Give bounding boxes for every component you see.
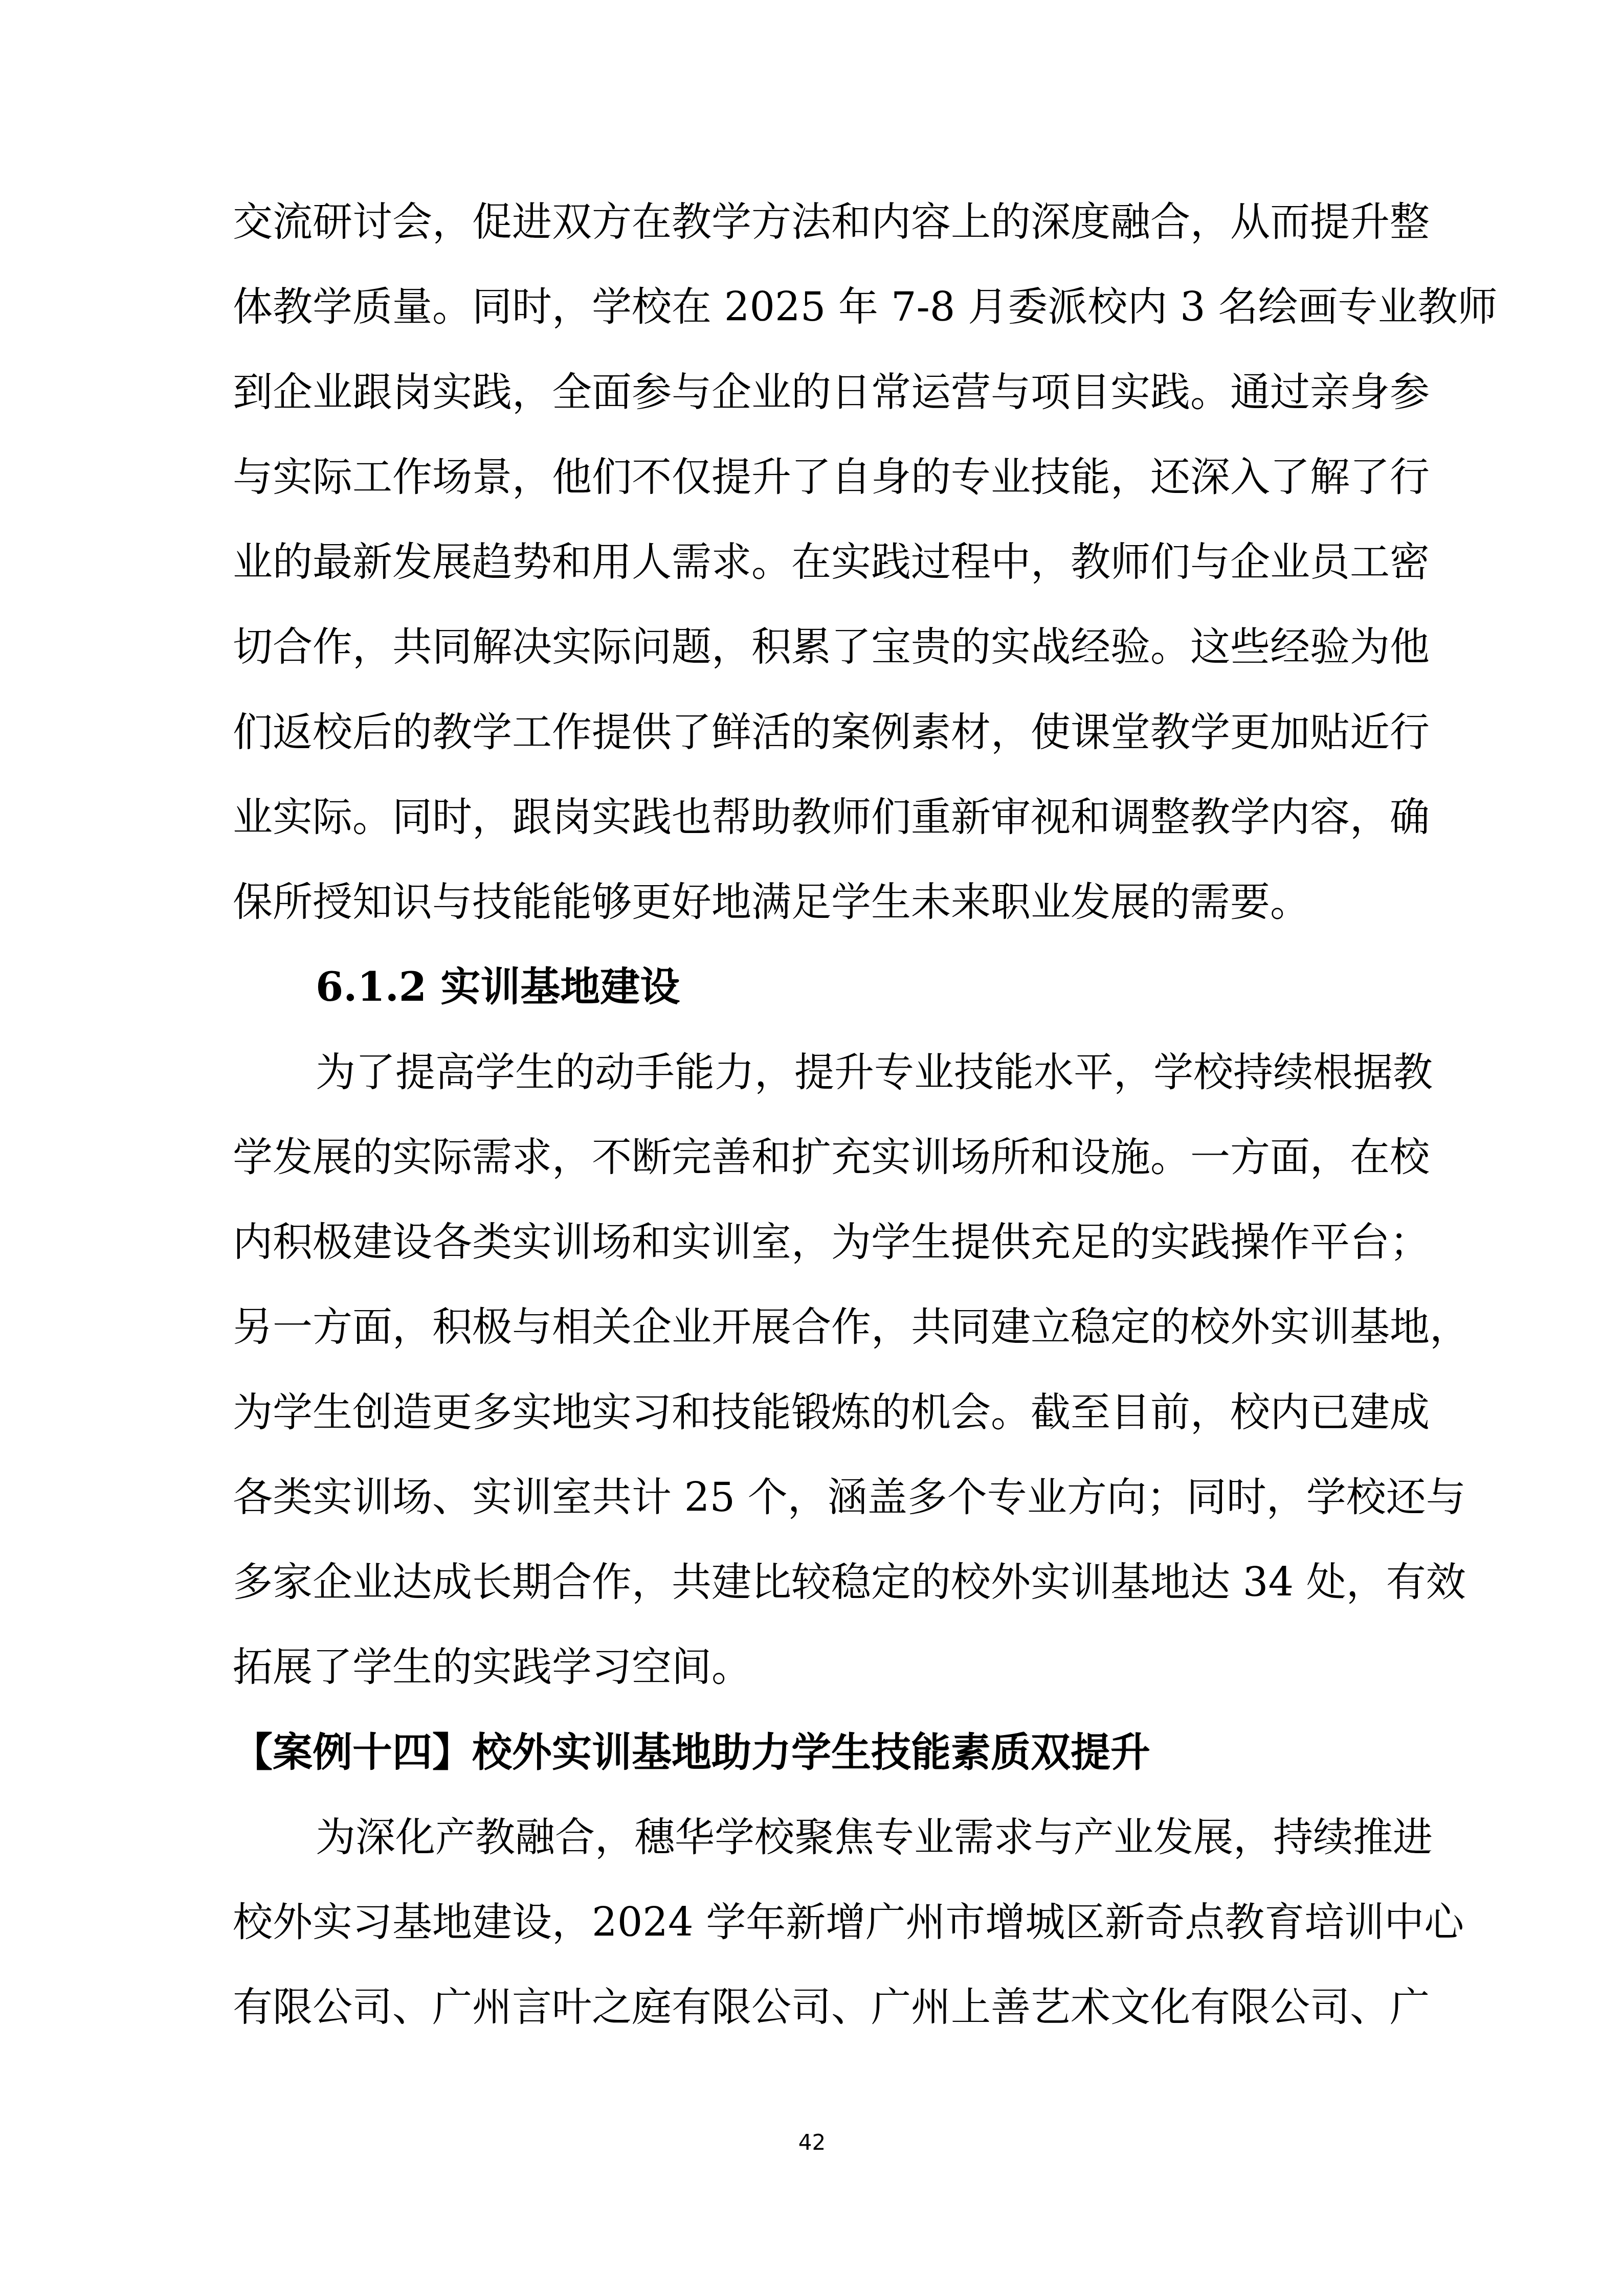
paragraph-line: 为学生创造更多实地实习和技能锻炼的机会。截至目前，校内已建成 bbox=[233, 1387, 1394, 1438]
paragraph-line: 业的最新发展趋势和用人需求。在实践过程中，教师们与企业员工密 bbox=[233, 537, 1394, 588]
paragraph-line: 到企业跟岗实践，全面参与企业的日常运营与项目实践。通过亲身参 bbox=[233, 367, 1394, 418]
paragraph-line: 业实际。同时，跟岗实践也帮助教师们重新审视和调整教学内容，确 bbox=[233, 792, 1394, 843]
paragraph-line: 保所授知识与技能能够更好地满足学生未来职业发展的需要。 bbox=[233, 877, 1394, 928]
paragraph-line: 拓展了学生的实践学习空间。 bbox=[233, 1642, 1394, 1693]
page-number: 42 bbox=[0, 2127, 1624, 2158]
paragraph-line: 另一方面，积极与相关企业开展合作，共同建立稳定的校外实训基地， bbox=[233, 1302, 1394, 1353]
paragraph-line: 切合作，共同解决实际问题，积累了宝贵的实战经验。这些经验为他 bbox=[233, 622, 1394, 673]
case-heading: 【案例十四】校外实训基地助力学生技能素质双提升 bbox=[233, 1727, 1394, 1779]
paragraph-line: 与实际工作场景，他们不仅提升了自身的专业技能，还深入了解了行 bbox=[233, 452, 1394, 503]
paragraph-line: 校外实习基地建设，2024 学年新增广州市增城区新奇点教育培训中心 bbox=[233, 1897, 1394, 1948]
paragraph-line: 学发展的实际需求，不断完善和扩充实训场所和设施。一方面，在校 bbox=[233, 1132, 1394, 1183]
paragraph-line: 体教学质量。同时，学校在 2025 年 7-8 月委派校内 3 名绘画专业教师 bbox=[233, 282, 1394, 333]
paragraph-line: 有限公司、广州言叶之庭有限公司、广州上善艺术文化有限公司、广 bbox=[233, 1982, 1394, 2033]
paragraph-line: 多家企业达成长期合作，共建比较稳定的校外实训基地达 34 处，有效 bbox=[233, 1557, 1394, 1608]
paragraph-line: 们返校后的教学工作提供了鲜活的案例素材，使课堂教学更加贴近行 bbox=[233, 707, 1394, 758]
paragraph-line: 内积极建设各类实训场和实训室，为学生提供充足的实践操作平台； bbox=[233, 1217, 1394, 1268]
section-heading: 6.1.2 实训基地建设 bbox=[316, 962, 1394, 1013]
paragraph-line: 为深化产教融合，穗华学校聚焦专业需求与产业发展，持续推进 bbox=[316, 1812, 1394, 1863]
paragraph-line: 各类实训场、实训室共计 25 个，涵盖多个专业方向；同时，学校还与 bbox=[233, 1472, 1394, 1523]
paragraph-line: 为了提高学生的动手能力，提升专业技能水平，学校持续根据教 bbox=[316, 1047, 1394, 1098]
paragraph-line: 交流研讨会，促进双方在教学方法和内容上的深度融合，从而提升整 bbox=[233, 197, 1394, 248]
document-page: 交流研讨会，促进双方在教学方法和内容上的深度融合，从而提升整 体教学质量。同时，… bbox=[0, 0, 1624, 2296]
